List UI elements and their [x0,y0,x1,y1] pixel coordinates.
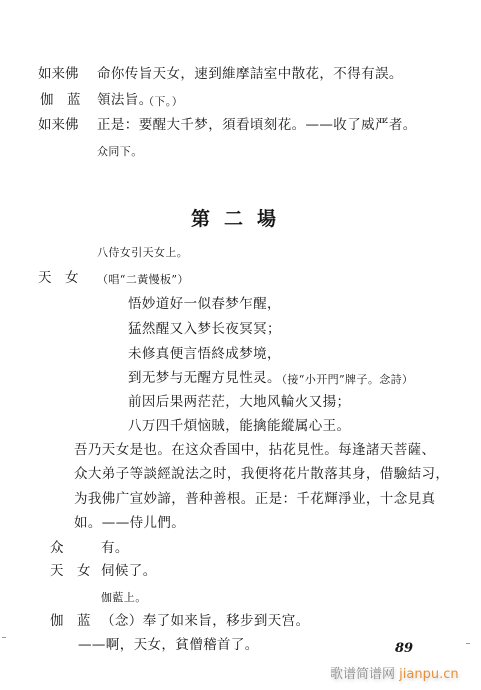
scene-title: 第二場 [0,204,481,231]
sing-note: （唱“二黃慢板”） [97,272,189,288]
watermark-cn: 歌谱简谱网 [330,667,395,682]
speech-line: 众大弟子等談經說法之时，我便将花片散落其身，借驗結习， [74,466,449,482]
page-number: 89 [395,641,413,656]
stage-direction: 伽藍上。 [101,590,147,606]
dialogue-line: 命你传旨天女，速到維摩詰室中散花，不得有誤。 [97,66,403,82]
stage-note: （下。） [143,94,183,110]
speech-line: 如。——侍儿們。 [74,515,185,531]
watermark-site: jianpu.cn [399,667,458,682]
stage-direction: 八侍女引天女上。 [97,245,188,261]
dialogue-line: 正是：要醒大千梦，須看頃刻花。——收了威严者。 [97,117,417,133]
stage-direction: 众同下。 [97,144,143,160]
role-qielan: 伽 蓝 [40,92,81,108]
role-rulaifo: 如来佛 [38,66,79,82]
verse-note: （接“小开門”牌子。念詩） [276,372,413,388]
dialogue-line: 伺候了。 [101,563,157,579]
speech-line: 吾乃天女是也。在这众香国中，拈花見性。每逢諸天菩薩、 [74,442,435,458]
poem-line: 八万四千煩恼賊，能擒能縱属心王。 [128,418,350,434]
dialogue-line: （念）奉了如来旨，移步到天宫。 [101,613,310,629]
dialogue-line: 有。 [101,540,129,556]
verse-line: 到无梦与无醒方見性灵。 [128,370,281,386]
poem-line: 前因后果两茫茫，大地风輪火又揚； [128,394,350,410]
margin-mark [466,643,470,644]
dialogue-line: ——啊，天女，貧僧稽首了。 [78,637,259,653]
margin-mark [2,637,6,638]
role-tiannu: 天 女 [38,270,79,286]
verse-line: 未修真便言悟終成梦境， [128,346,281,362]
role-qielan: 伽 蓝 [50,613,91,629]
verse-line: 猛然醒又入梦长夜冥冥； [128,321,281,337]
role-tiannu: 天 女 [50,563,91,579]
watermark: 歌谱简谱网 jianpu.cn [330,663,459,682]
verse-line: 悟妙道好一似春梦乍醒， [128,296,281,312]
speech-line: 为我佛广宣妙諦，普种善根。正是：千花輝淨业，十念見真 [74,491,435,507]
role-rulaifo: 如来佛 [38,117,79,133]
role-zhong: 众 [50,540,64,556]
